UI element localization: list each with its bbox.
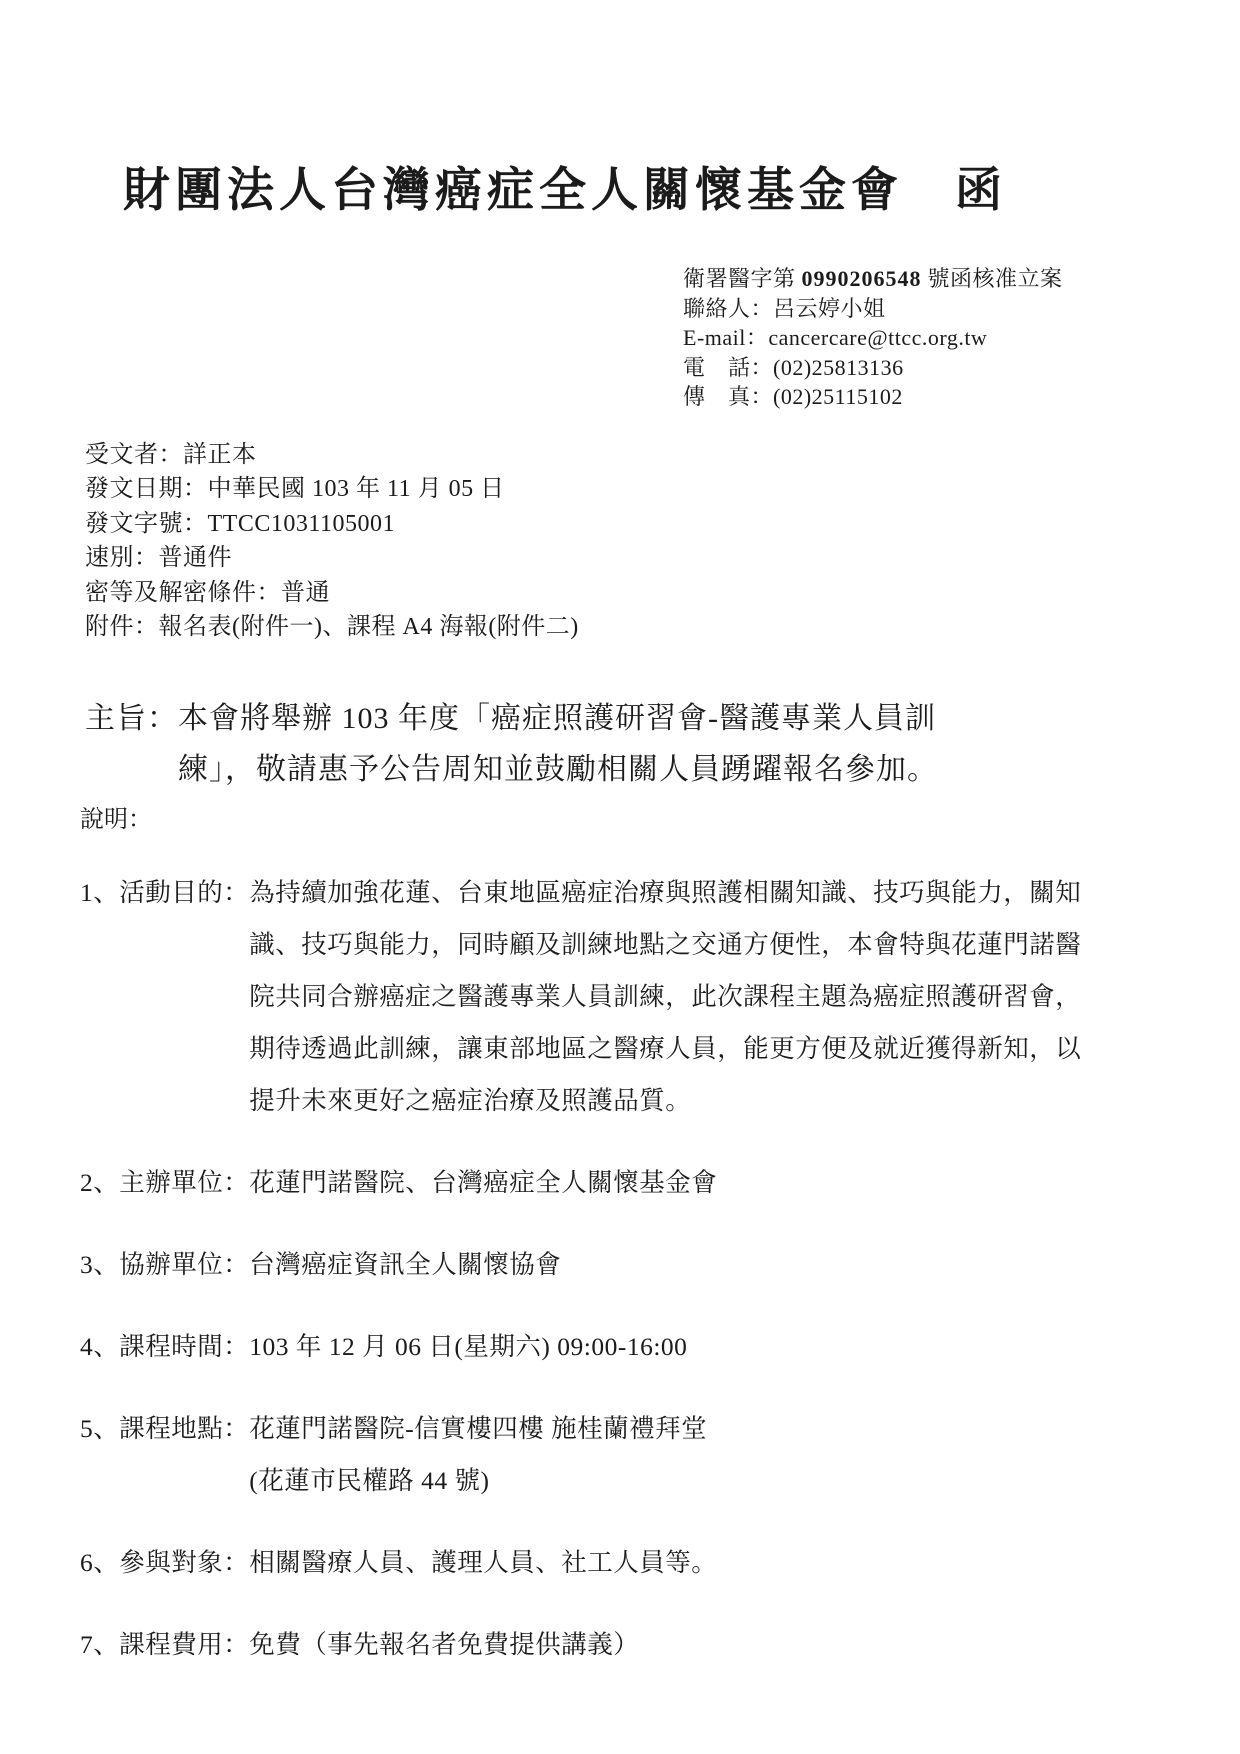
item-label: 1、活動目的： — [80, 867, 249, 1127]
item-line: 台灣癌症資訊全人關懷協會 — [249, 1239, 1200, 1291]
meta-doc-number: 發文字號：TTCC1031105001 — [85, 507, 1240, 542]
meta-date: 發文日期：中華民國 103 年 11 月 05 日 — [85, 472, 1240, 507]
sender-info-block: 衛署醫字第 0990206548 號函核准立案 聯絡人：呂云婷小姐 E-mail… — [683, 264, 1240, 412]
approval-suffix: 號函核准立案 — [922, 266, 1063, 291]
item-label: 2、主辦單位： — [80, 1157, 249, 1209]
explanation-items: 1、活動目的： 為持續加強花蓮、台東地區癌症治療與照護相關知識、技巧與能力，關知… — [80, 867, 1200, 1671]
item-content: 相關醫療人員、護理人員、社工人員等。 — [249, 1537, 1200, 1589]
item-line: 花蓮門諾醫院、台灣癌症全人關懷基金會 — [249, 1157, 1200, 1209]
item-course-time: 4、課程時間： 103 年 12 月 06 日(星期六) 09:00-16:00 — [80, 1321, 1200, 1373]
document-meta-block: 受文者：詳正本 發文日期：中華民國 103 年 11 月 05 日 發文字號：T… — [85, 438, 1240, 645]
item-label: 4、課程時間： — [80, 1321, 249, 1373]
contact-fax: 傳 真：(02)25115102 — [683, 382, 1240, 412]
item-content: 103 年 12 月 06 日(星期六) 09:00-16:00 — [249, 1321, 1200, 1373]
item-label: 5、課程地點： — [80, 1403, 249, 1507]
item-content: 花蓮門諾醫院、台灣癌症全人關懷基金會 — [249, 1157, 1200, 1209]
subject-text: 本會將舉辦 103 年度「癌症照護研習會-醫護專業人員訓 練」，敬請惠予公告周知… — [178, 693, 938, 795]
item-content: 台灣癌症資訊全人關懷協會 — [249, 1239, 1200, 1291]
item-line: 院共同合辦癌症之醫護專業人員訓練，此次課程主題為癌症照護研習會， — [249, 971, 1200, 1023]
item-label: 6、參與對象： — [80, 1537, 249, 1589]
item-organizer: 2、主辦單位： 花蓮門諾醫院、台灣癌症全人關懷基金會 — [80, 1157, 1200, 1209]
explanation-label: 說明： — [80, 803, 1240, 837]
item-line: 識、技巧與能力，同時顧及訓練地點之交通方便性，本會特與花蓮門諾醫 — [249, 919, 1200, 971]
item-line: 期待透過此訓練，讓東部地區之醫療人員，能更方便及就近獲得新知，以 — [249, 1023, 1200, 1075]
item-line: 103 年 12 月 06 日(星期六) 09:00-16:00 — [249, 1321, 1200, 1373]
subject-line-2: 練」，敬請惠予公告周知並鼓勵相關人員踴躍報名參加。 — [178, 744, 938, 795]
letter-page: 財團法人台灣癌症全人關懷基金會 函 衛署醫字第 0990206548 號函核准立… — [0, 0, 1240, 1754]
approval-number: 0990206548 — [802, 266, 922, 291]
subject-section: 主旨： 本會將舉辦 103 年度「癌症照護研習會-醫護專業人員訓 練」，敬請惠予… — [85, 693, 1240, 795]
meta-speed: 速別：普通件 — [85, 541, 1240, 576]
item-line: 為持續加強花蓮、台東地區癌症治療與照護相關知識、技巧與能力，關知 — [249, 867, 1200, 919]
contact-phone: 電 話：(02)25813136 — [683, 353, 1240, 383]
meta-recipient: 受文者：詳正本 — [85, 438, 1240, 473]
meta-security: 密等及解密條件：普通 — [85, 576, 1240, 611]
item-line: 相關醫療人員、護理人員、社工人員等。 — [249, 1537, 1200, 1589]
approval-line: 衛署醫字第 0990206548 號函核准立案 — [683, 264, 1240, 294]
item-course-fee: 7、課程費用： 免費（事先報名者免費提供講義） — [80, 1619, 1200, 1671]
item-content: 花蓮門諾醫院-信實樓四樓 施桂蘭禮拜堂 (花蓮市民權路 44 號) — [249, 1403, 1200, 1507]
item-co-organizer: 3、協辦單位： 台灣癌症資訊全人關懷協會 — [80, 1239, 1200, 1291]
item-activity-purpose: 1、活動目的： 為持續加強花蓮、台東地區癌症治療與照護相關知識、技巧與能力，關知… — [80, 867, 1200, 1127]
contact-person: 聯絡人：呂云婷小姐 — [683, 294, 1240, 324]
item-course-location: 5、課程地點： 花蓮門諾醫院-信實樓四樓 施桂蘭禮拜堂 (花蓮市民權路 44 號… — [80, 1403, 1200, 1507]
contact-email: E-mail：cancercare@ttcc.org.tw — [683, 323, 1240, 353]
letter-title: 財團法人台灣癌症全人關懷基金會 函 — [0, 0, 1240, 222]
item-line: 免費（事先報名者免費提供講義） — [249, 1619, 1200, 1671]
item-line: 花蓮門諾醫院-信實樓四樓 施桂蘭禮拜堂 — [249, 1403, 1200, 1455]
subject-line-1: 本會將舉辦 103 年度「癌症照護研習會-醫護專業人員訓 — [178, 693, 938, 744]
item-content: 為持續加強花蓮、台東地區癌症治療與照護相關知識、技巧與能力，關知 識、技巧與能力… — [249, 867, 1200, 1127]
item-line: (花蓮市民權路 44 號) — [249, 1455, 1200, 1507]
subject-label: 主旨： — [85, 693, 178, 795]
item-line: 提升未來更好之癌症治療及照護品質。 — [249, 1075, 1200, 1127]
approval-prefix: 衛署醫字第 — [683, 266, 802, 291]
item-label: 7、課程費用： — [80, 1619, 249, 1671]
item-content: 免費（事先報名者免費提供講義） — [249, 1619, 1200, 1671]
item-participants: 6、參與對象： 相關醫療人員、護理人員、社工人員等。 — [80, 1537, 1200, 1589]
meta-attachments: 附件：報名表(附件一)、課程 A4 海報(附件二) — [85, 610, 1240, 645]
item-label: 3、協辦單位： — [80, 1239, 249, 1291]
